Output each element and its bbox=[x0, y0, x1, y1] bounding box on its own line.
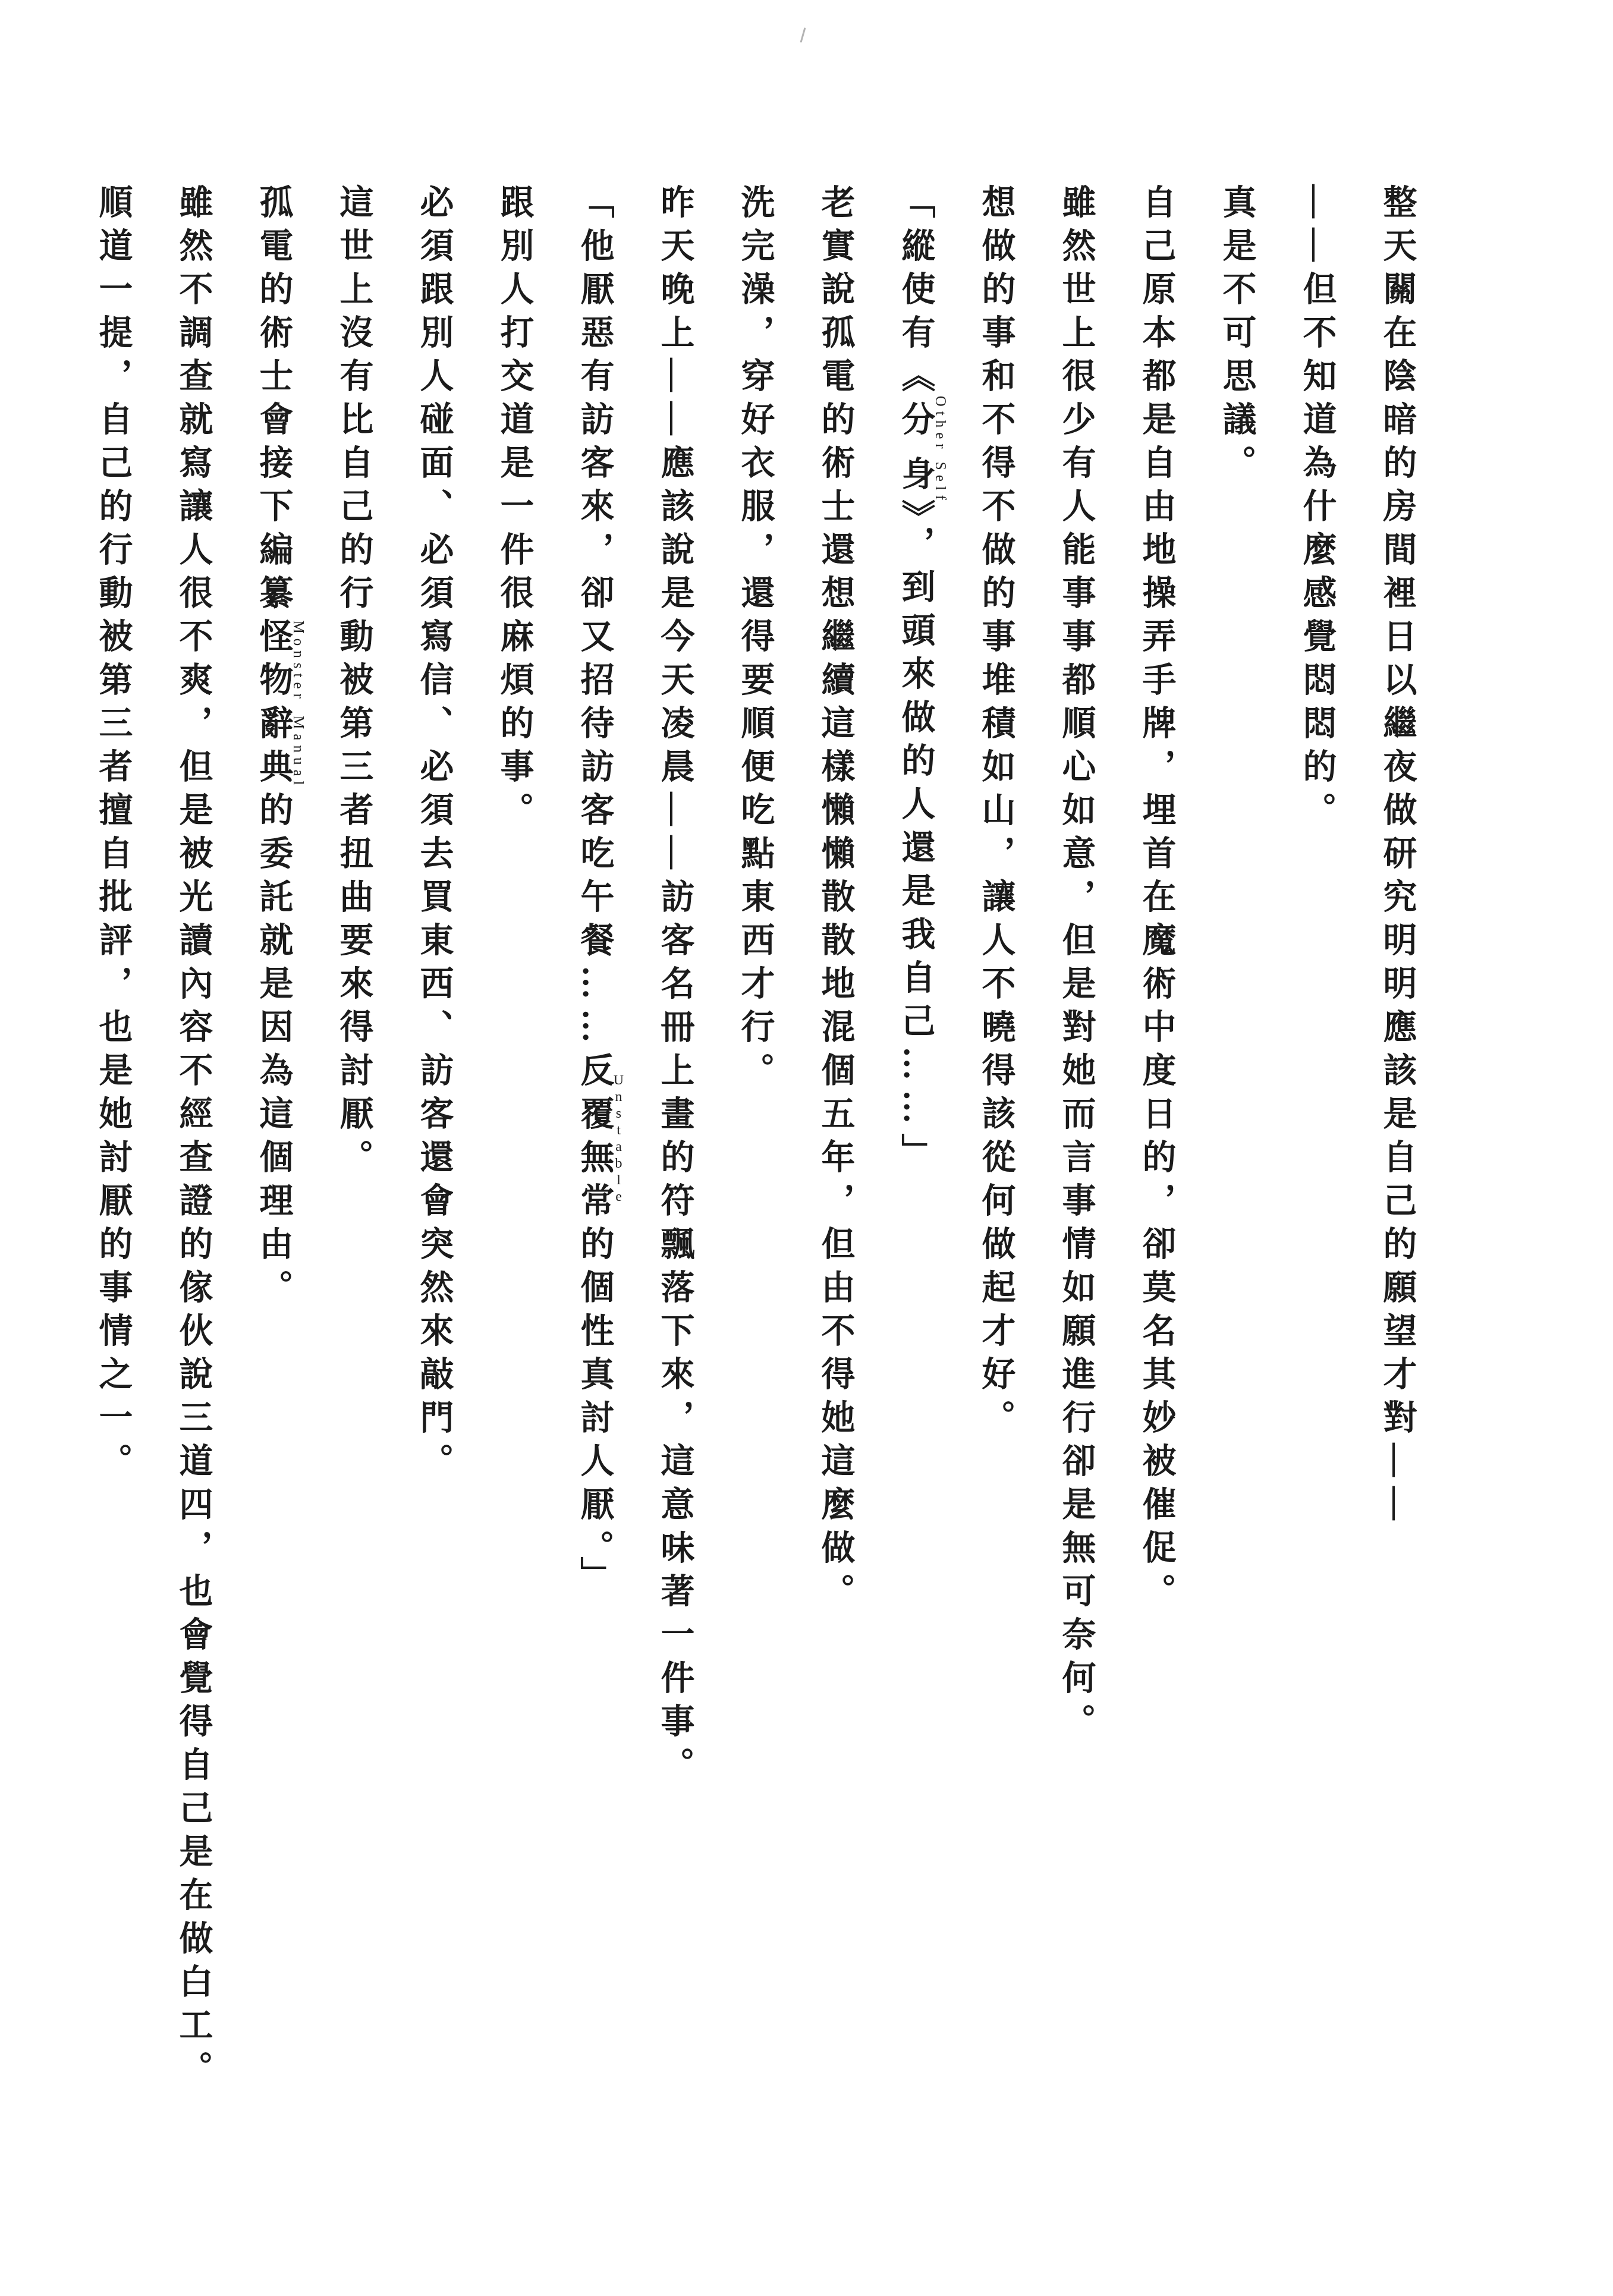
paragraph-16: 雖然不調查就寫讓人很不爽，但是被光讀內容不經查證的傢伙說三道四，也會覺得自己是在… bbox=[153, 184, 233, 2164]
ruby-annotated-text: 分身Other Self bbox=[897, 401, 934, 499]
paragraph-10: 昨天晚上——應該說是今天凌晨——訪客名冊上畫的符飄落下來，這意味著一件事。 bbox=[634, 184, 715, 2164]
paragraph-4: 自己原本都是自由地操弄手牌，埋首在魔術中度日的，卻莫名其妙被催促。 bbox=[1116, 184, 1196, 2164]
paragraph-14: 這世上沒有比自己的行動被第三者扭曲要來得討厭。 bbox=[313, 184, 394, 2164]
paragraph-12: 跟別人打交道是一件很麻煩的事。 bbox=[474, 184, 554, 2164]
text-run: 順道一提，自己的行動被第三者擅自批評，也是她討厭的事情之一。 bbox=[94, 184, 131, 1486]
text-run: 的委託就是因為這個理由。 bbox=[254, 792, 292, 1313]
paragraph-3: 真是不可思議。 bbox=[1196, 184, 1276, 2164]
paragraph-17: 順道一提，自己的行動被第三者擅自批評，也是她討厭的事情之一。 bbox=[73, 184, 153, 2164]
text-run: 雖然世上很少有人能事事都順心如意，但是對她而言事情如願進行卻是無可奈何。 bbox=[1057, 184, 1095, 1747]
text-run: 老實說孤電的術士還想繼續這樣懶懶散散地混個五年，但由不得她這麼做。 bbox=[816, 184, 854, 1616]
ruby-annotation: Unstable bbox=[611, 1052, 627, 1226]
text-run: 自己原本都是自由地操弄手牌，埋首在魔術中度日的，卻莫名其妙被催促。 bbox=[1137, 184, 1175, 1616]
paragraph-6: 想做的事和不得不做的事堆積如山，讓人不曉得該從何做起才好。 bbox=[955, 184, 1036, 2164]
paragraph-2: ——但不知道為什麼感覺悶悶的。 bbox=[1276, 184, 1357, 2164]
ruby-annotation: Monster Manual bbox=[290, 618, 306, 792]
paragraph-1: 整天關在陰暗的房間裡日以繼夜做研究明明應該是自己的願望才對—— bbox=[1357, 184, 1437, 2164]
text-run: 雖然不調查就寫讓人很不爽，但是被光讀內容不經查證的傢伙說三道四，也會覺得自己是在… bbox=[174, 184, 212, 2094]
page-text-block: 整天關在陰暗的房間裡日以繼夜做研究明明應該是自己的願望才對————但不知道為什麼… bbox=[73, 184, 1437, 2164]
ruby-annotated-text: 怪物辭典Monster Manual bbox=[254, 618, 292, 792]
text-run: 「他厭惡有訪客來，卻又招待訪客吃午餐…… bbox=[576, 184, 613, 1052]
text-run: 必須跟別人碰面、必須寫信、必須去買東西、訪客還會突然來敲門。 bbox=[415, 184, 452, 1486]
text-run: 昨天晚上——應該說是今天凌晨——訪客名冊上畫的符飄落下來，這意味著一件事。 bbox=[656, 184, 693, 1790]
text-run: 》，到頭來做的人還是我自己……」 bbox=[897, 499, 934, 1177]
paragraph-13: 必須跟別人碰面、必須寫信、必須去買東西、訪客還會突然來敲門。 bbox=[394, 184, 474, 2164]
paragraph-8: 老實說孤電的術士還想繼續這樣懶懶散散地混個五年，但由不得她這麼做。 bbox=[795, 184, 875, 2164]
text-run: 想做的事和不得不做的事堆積如山，讓人不曉得該從何做起才好。 bbox=[977, 184, 1014, 1443]
text-run: 這世上沒有比自己的行動被第三者扭曲要來得討厭。 bbox=[335, 184, 372, 1182]
paragraph-15: 孤電的術士會接下編纂怪物辭典Monster Manual的委託就是因為這個理由。 bbox=[233, 184, 313, 2164]
ruby-annotated-text: 反覆無常Unstable bbox=[576, 1052, 613, 1226]
text-run: 跟別人打交道是一件很麻煩的事。 bbox=[495, 184, 533, 835]
paragraph-7: 「縱使有《分身Other Self》，到頭來做的人還是我自己……」 bbox=[875, 184, 955, 2164]
text-run: ——但不知道為什麼感覺悶悶的。 bbox=[1298, 184, 1335, 835]
paragraph-5: 雖然世上很少有人能事事都順心如意，但是對她而言事情如願進行卻是無可奈何。 bbox=[1036, 184, 1116, 2164]
paragraph-11: 「他厭惡有訪客來，卻又招待訪客吃午餐……反覆無常Unstable的個性真討人厭。… bbox=[554, 184, 634, 2164]
text-run: 真是不可思議。 bbox=[1218, 184, 1255, 488]
paragraph-9: 洗完澡，穿好衣服，還得要順便吃點東西才行。 bbox=[715, 184, 795, 2164]
text-run: 的個性真討人厭。」 bbox=[576, 1226, 613, 1600]
text-run: 「縱使有《 bbox=[897, 184, 934, 401]
scan-artifact-mark bbox=[800, 27, 806, 43]
text-run: 整天關在陰暗的房間裡日以繼夜做研究明明應該是自己的願望才對—— bbox=[1378, 184, 1416, 1530]
text-run: 洗完澡，穿好衣服，還得要順便吃點東西才行。 bbox=[736, 184, 774, 1096]
ruby-annotation: Other Self bbox=[932, 396, 948, 505]
text-run: 孤電的術士會接下編纂 bbox=[254, 184, 292, 618]
book-page: { "page": { "background_color": "#ffffff… bbox=[0, 0, 1613, 2296]
